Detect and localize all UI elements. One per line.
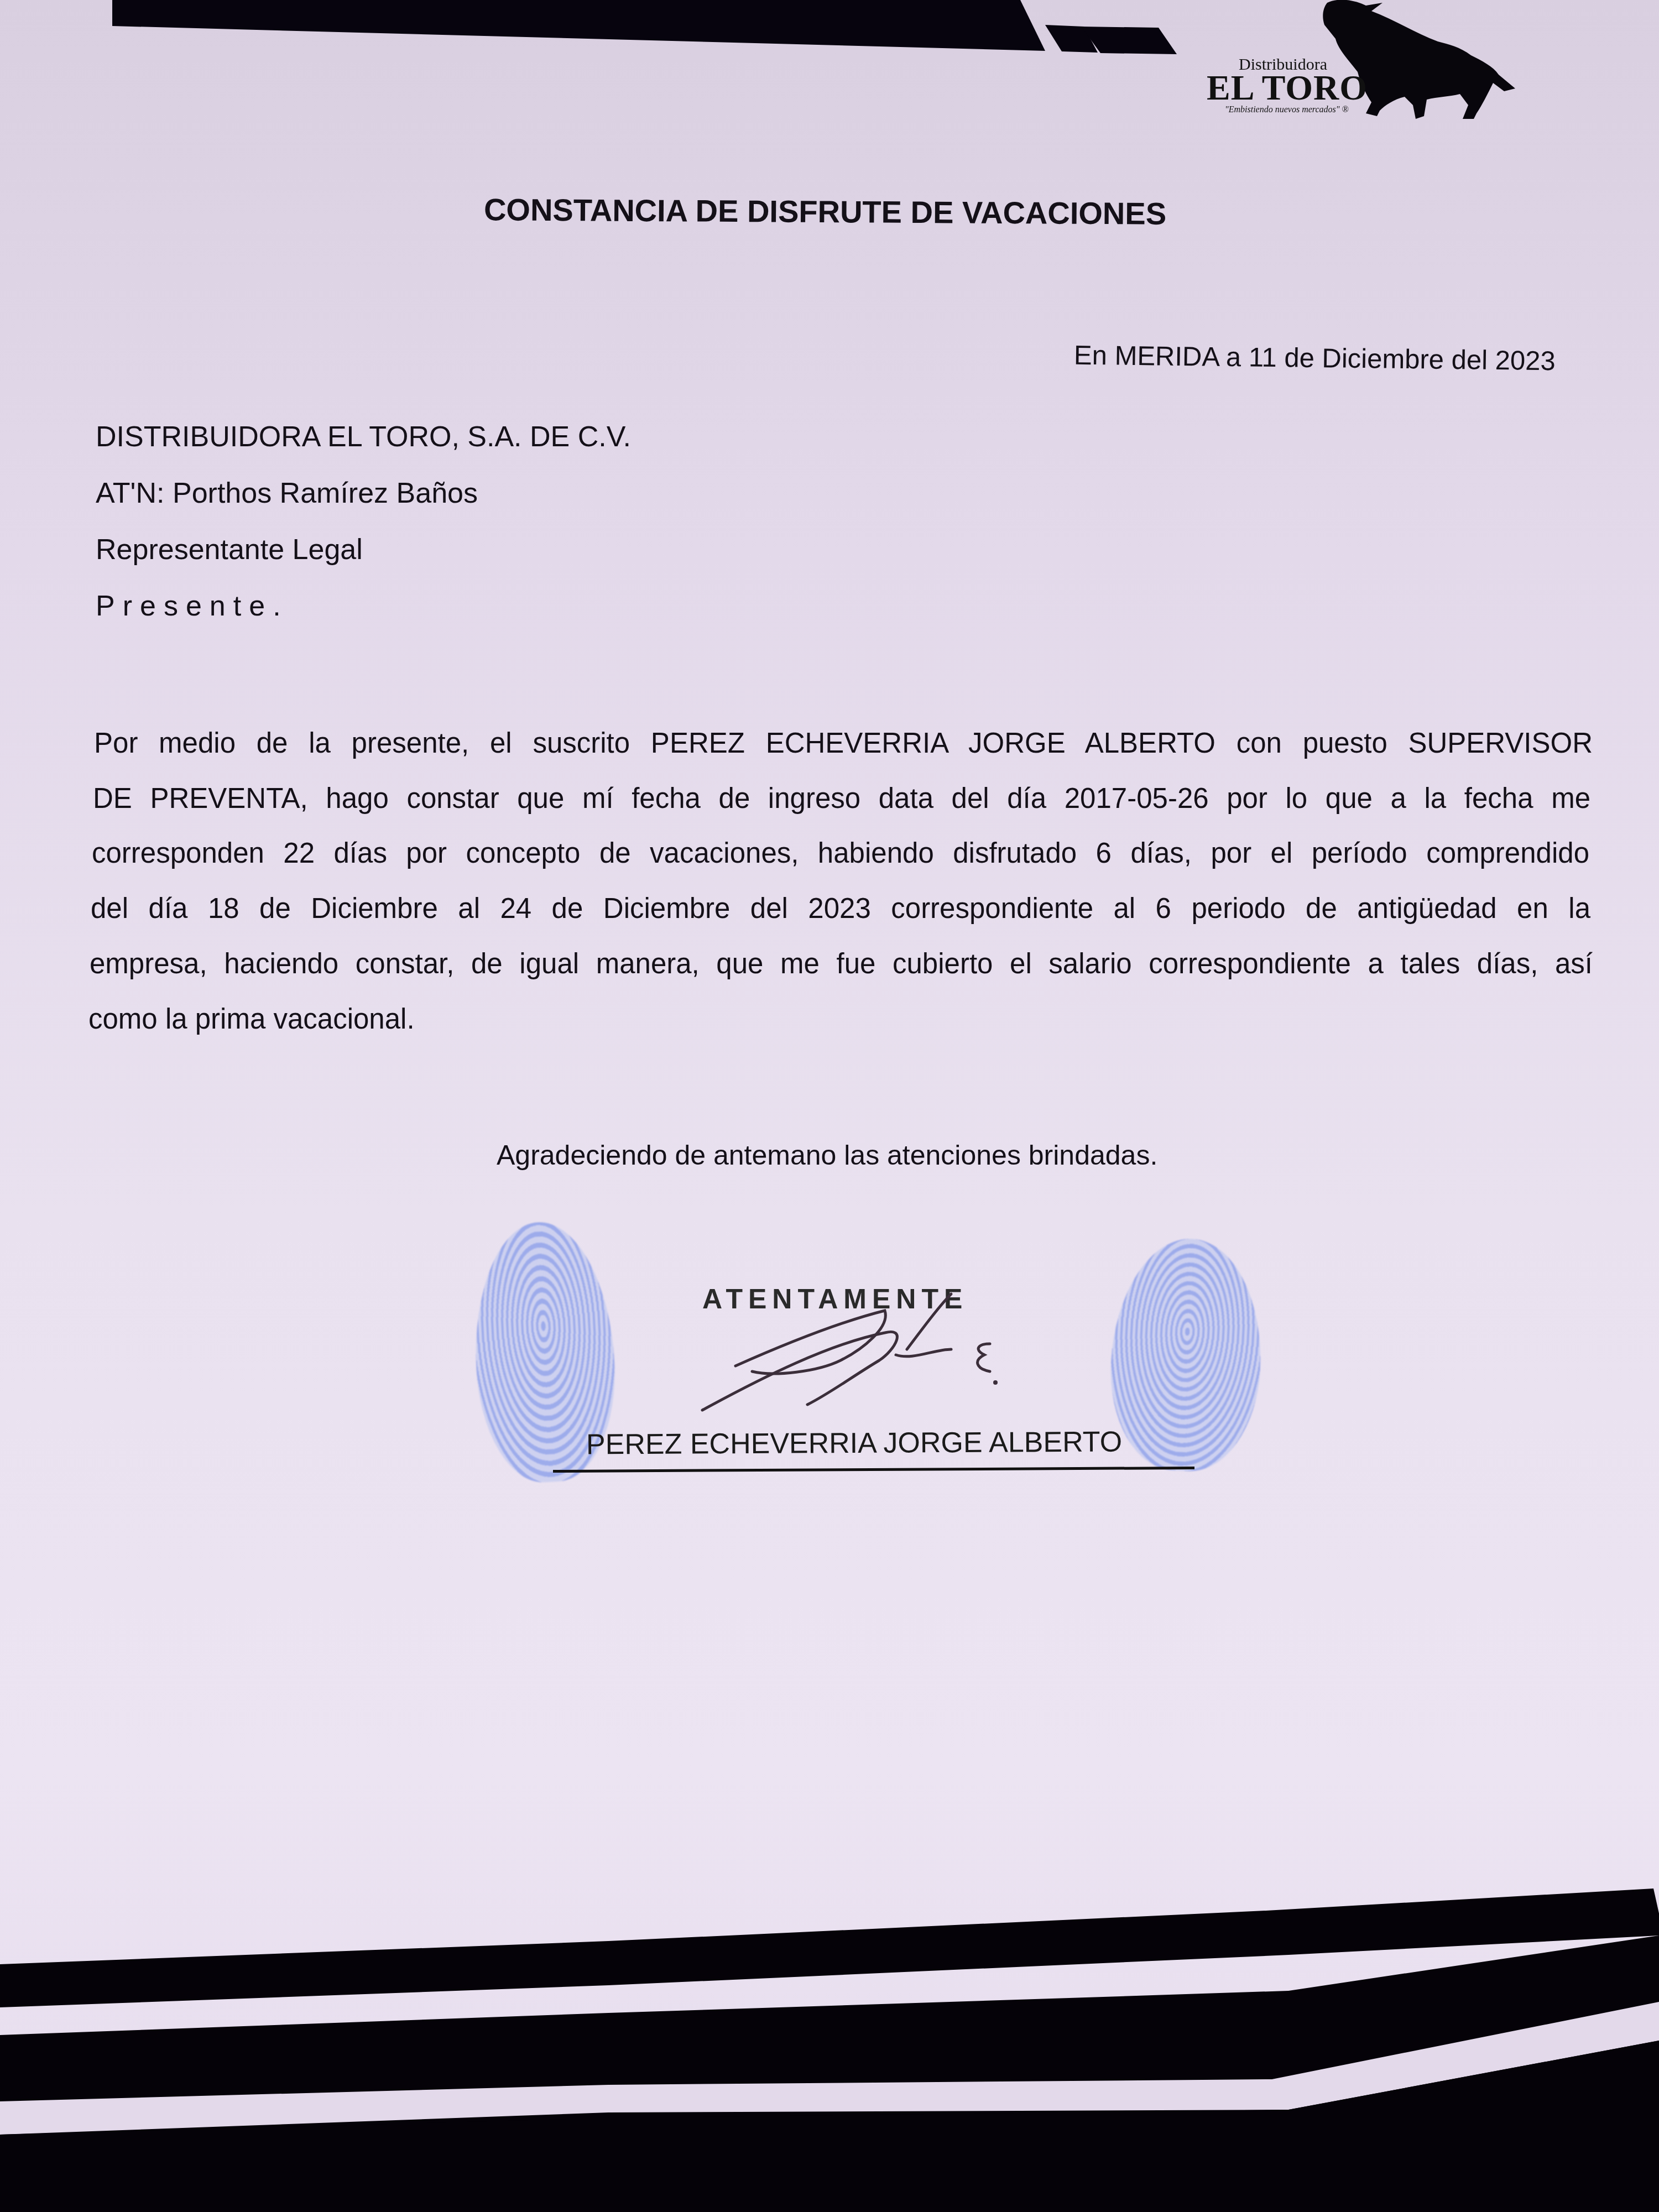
signature-icon [0, 0, 1659, 2212]
signer-name: PEREZ ECHEVERRIA JORGE ALBERTO [586, 1425, 1122, 1461]
